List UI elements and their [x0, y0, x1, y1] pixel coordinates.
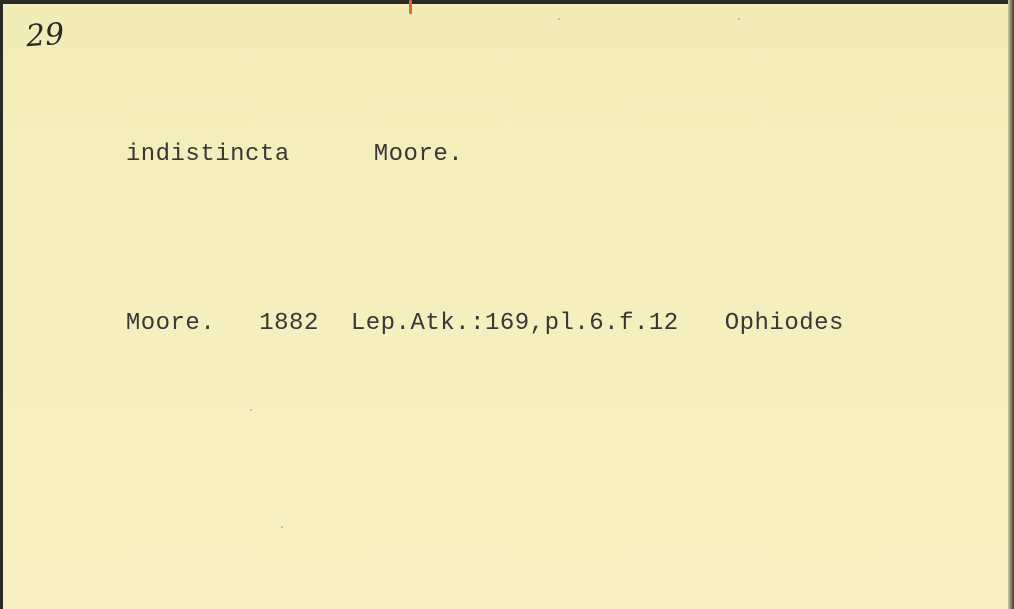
paper-speck [738, 18, 740, 20]
paper-speck [250, 409, 252, 411]
reference-citation: Lep.Atk.:169,pl.6.f.12 [351, 310, 679, 337]
reference-line: Moore.1882Lep.Atk.:169,pl.6.f.12Ophiodes [96, 283, 844, 337]
reference-genus: Ophiodes [725, 310, 844, 337]
species-name-line: indistinctaMoore. [96, 114, 463, 168]
card-right-edge [1008, 0, 1014, 609]
red-tab-mark [409, 0, 412, 14]
species-name: indistincta [126, 141, 290, 168]
reference-author: Moore. [126, 310, 215, 337]
species-author: Moore. [374, 141, 463, 168]
paper-speck [281, 526, 283, 528]
paper-speck [558, 18, 560, 20]
reference-year: 1882 [259, 310, 319, 337]
handwritten-card-number: 29 [25, 17, 66, 55]
